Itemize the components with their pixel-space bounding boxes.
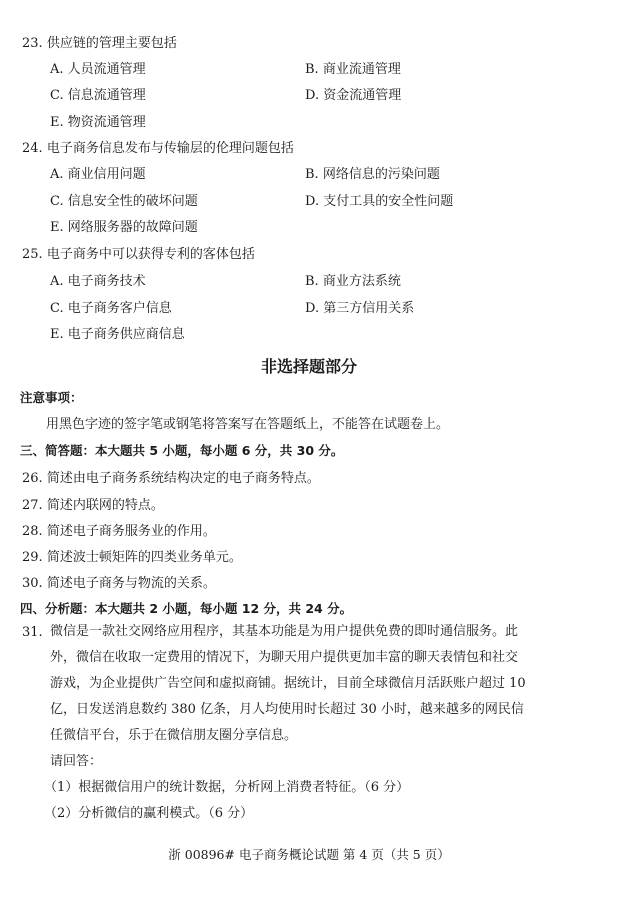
option-25-c: C. 电子商务客户信息 xyxy=(50,297,172,316)
option-23-a: A. 人员流通管理 xyxy=(50,58,146,77)
question-number: 24. xyxy=(22,141,43,156)
question-31: 31. 微信是一款社交网络应用程序，其基本功能是为用户提供免费的即时通信服务。此… xyxy=(22,619,602,749)
body-line: 任微信平台，乐于在微信朋友圈分享信息。 xyxy=(50,723,602,749)
option-25-b: B. 商业方法系统 xyxy=(305,270,401,289)
option-24-c: C. 信息安全性的破坏问题 xyxy=(50,190,198,209)
sub-question-1: （1）根据微信用户的统计数据，分析网上消费者特征。（6 分） xyxy=(44,776,409,795)
question-stem: 供应链的管理主要包括 xyxy=(47,36,177,51)
body-line: 微信是一款社交网络应用程序，其基本功能是为用户提供免费的即时通信服务。此 xyxy=(50,619,602,645)
question-26: 26. 简述由电子商务系统结构决定的电子商务特点。 xyxy=(22,467,320,486)
option-25-d: D. 第三方信用关系 xyxy=(305,297,414,316)
question-24: 24. 电子商务信息发布与传输层的伦理问题包括 xyxy=(22,137,294,156)
section-title: 非选择题部分 xyxy=(0,354,618,377)
option-23-c: C. 信息流通管理 xyxy=(50,84,146,103)
question-25: 25. 电子商务中可以获得专利的客体包括 xyxy=(22,243,255,262)
question-number: 31. xyxy=(22,625,43,640)
question-28: 28. 简述电子商务服务业的作用。 xyxy=(22,520,216,539)
question-29: 29. 简述波士顿矩阵的四类业务单元。 xyxy=(22,546,242,565)
option-24-b: B. 网络信息的污染问题 xyxy=(305,163,440,182)
option-23-d: D. 资金流通管理 xyxy=(305,84,401,103)
question-27: 27. 简述内联网的特点。 xyxy=(22,494,164,513)
option-23-b: B. 商业流通管理 xyxy=(305,58,401,77)
body-line: 亿，日发送消息数约 380 亿条，月人均使用时长超过 30 小时，越来越多的网民… xyxy=(50,697,602,723)
sub-question-2: （2）分析微信的赢利模式。（6 分） xyxy=(44,802,253,821)
option-24-a: A. 商业信用问题 xyxy=(50,163,146,182)
option-24-e: E. 网络服务器的故障问题 xyxy=(50,216,198,235)
question-number: 25. xyxy=(22,247,43,262)
part4-heading: 四、分析题：本大题共 2 小题，每小题 12 分，共 24 分。 xyxy=(20,599,352,617)
question-31-body: 微信是一款社交网络应用程序，其基本功能是为用户提供免费的即时通信服务。此 外，微… xyxy=(50,619,602,749)
question-stem: 电子商务信息发布与传输层的伦理问题包括 xyxy=(47,141,294,156)
body-line: 外，微信在收取一定费用的情况下，为聊天用户提供更加丰富的聊天表情包和社交 xyxy=(50,645,602,671)
notice-text: 用黑色字迹的签字笔或钢笔将答案写在答题纸上，不能答在试题卷上。 xyxy=(46,413,449,432)
part3-heading: 三、简答题：本大题共 5 小题，每小题 6 分，共 30 分。 xyxy=(20,441,343,459)
page-footer: 浙 00896# 电子商务概论试题 第 4 页（共 5 页） xyxy=(0,845,618,863)
question-stem: 电子商务中可以获得专利的客体包括 xyxy=(47,247,255,262)
notice-heading: 注意事项： xyxy=(20,388,83,406)
question-30: 30. 简述电子商务与物流的关系。 xyxy=(22,572,216,591)
option-23-e: E. 物资流通管理 xyxy=(50,111,146,130)
question-23: 23. 供应链的管理主要包括 xyxy=(22,32,177,51)
option-25-e: E. 电子商务供应商信息 xyxy=(50,323,185,342)
option-24-d: D. 支付工具的安全性问题 xyxy=(305,190,453,209)
option-25-a: A. 电子商务技术 xyxy=(50,270,146,289)
question-number: 23. xyxy=(22,36,43,51)
answer-prompt: 请回答： xyxy=(50,750,102,769)
body-line: 游戏，为企业提供广告空间和虚拟商铺。据统计，目前全球微信月活跃账户超过 10 xyxy=(50,671,602,697)
